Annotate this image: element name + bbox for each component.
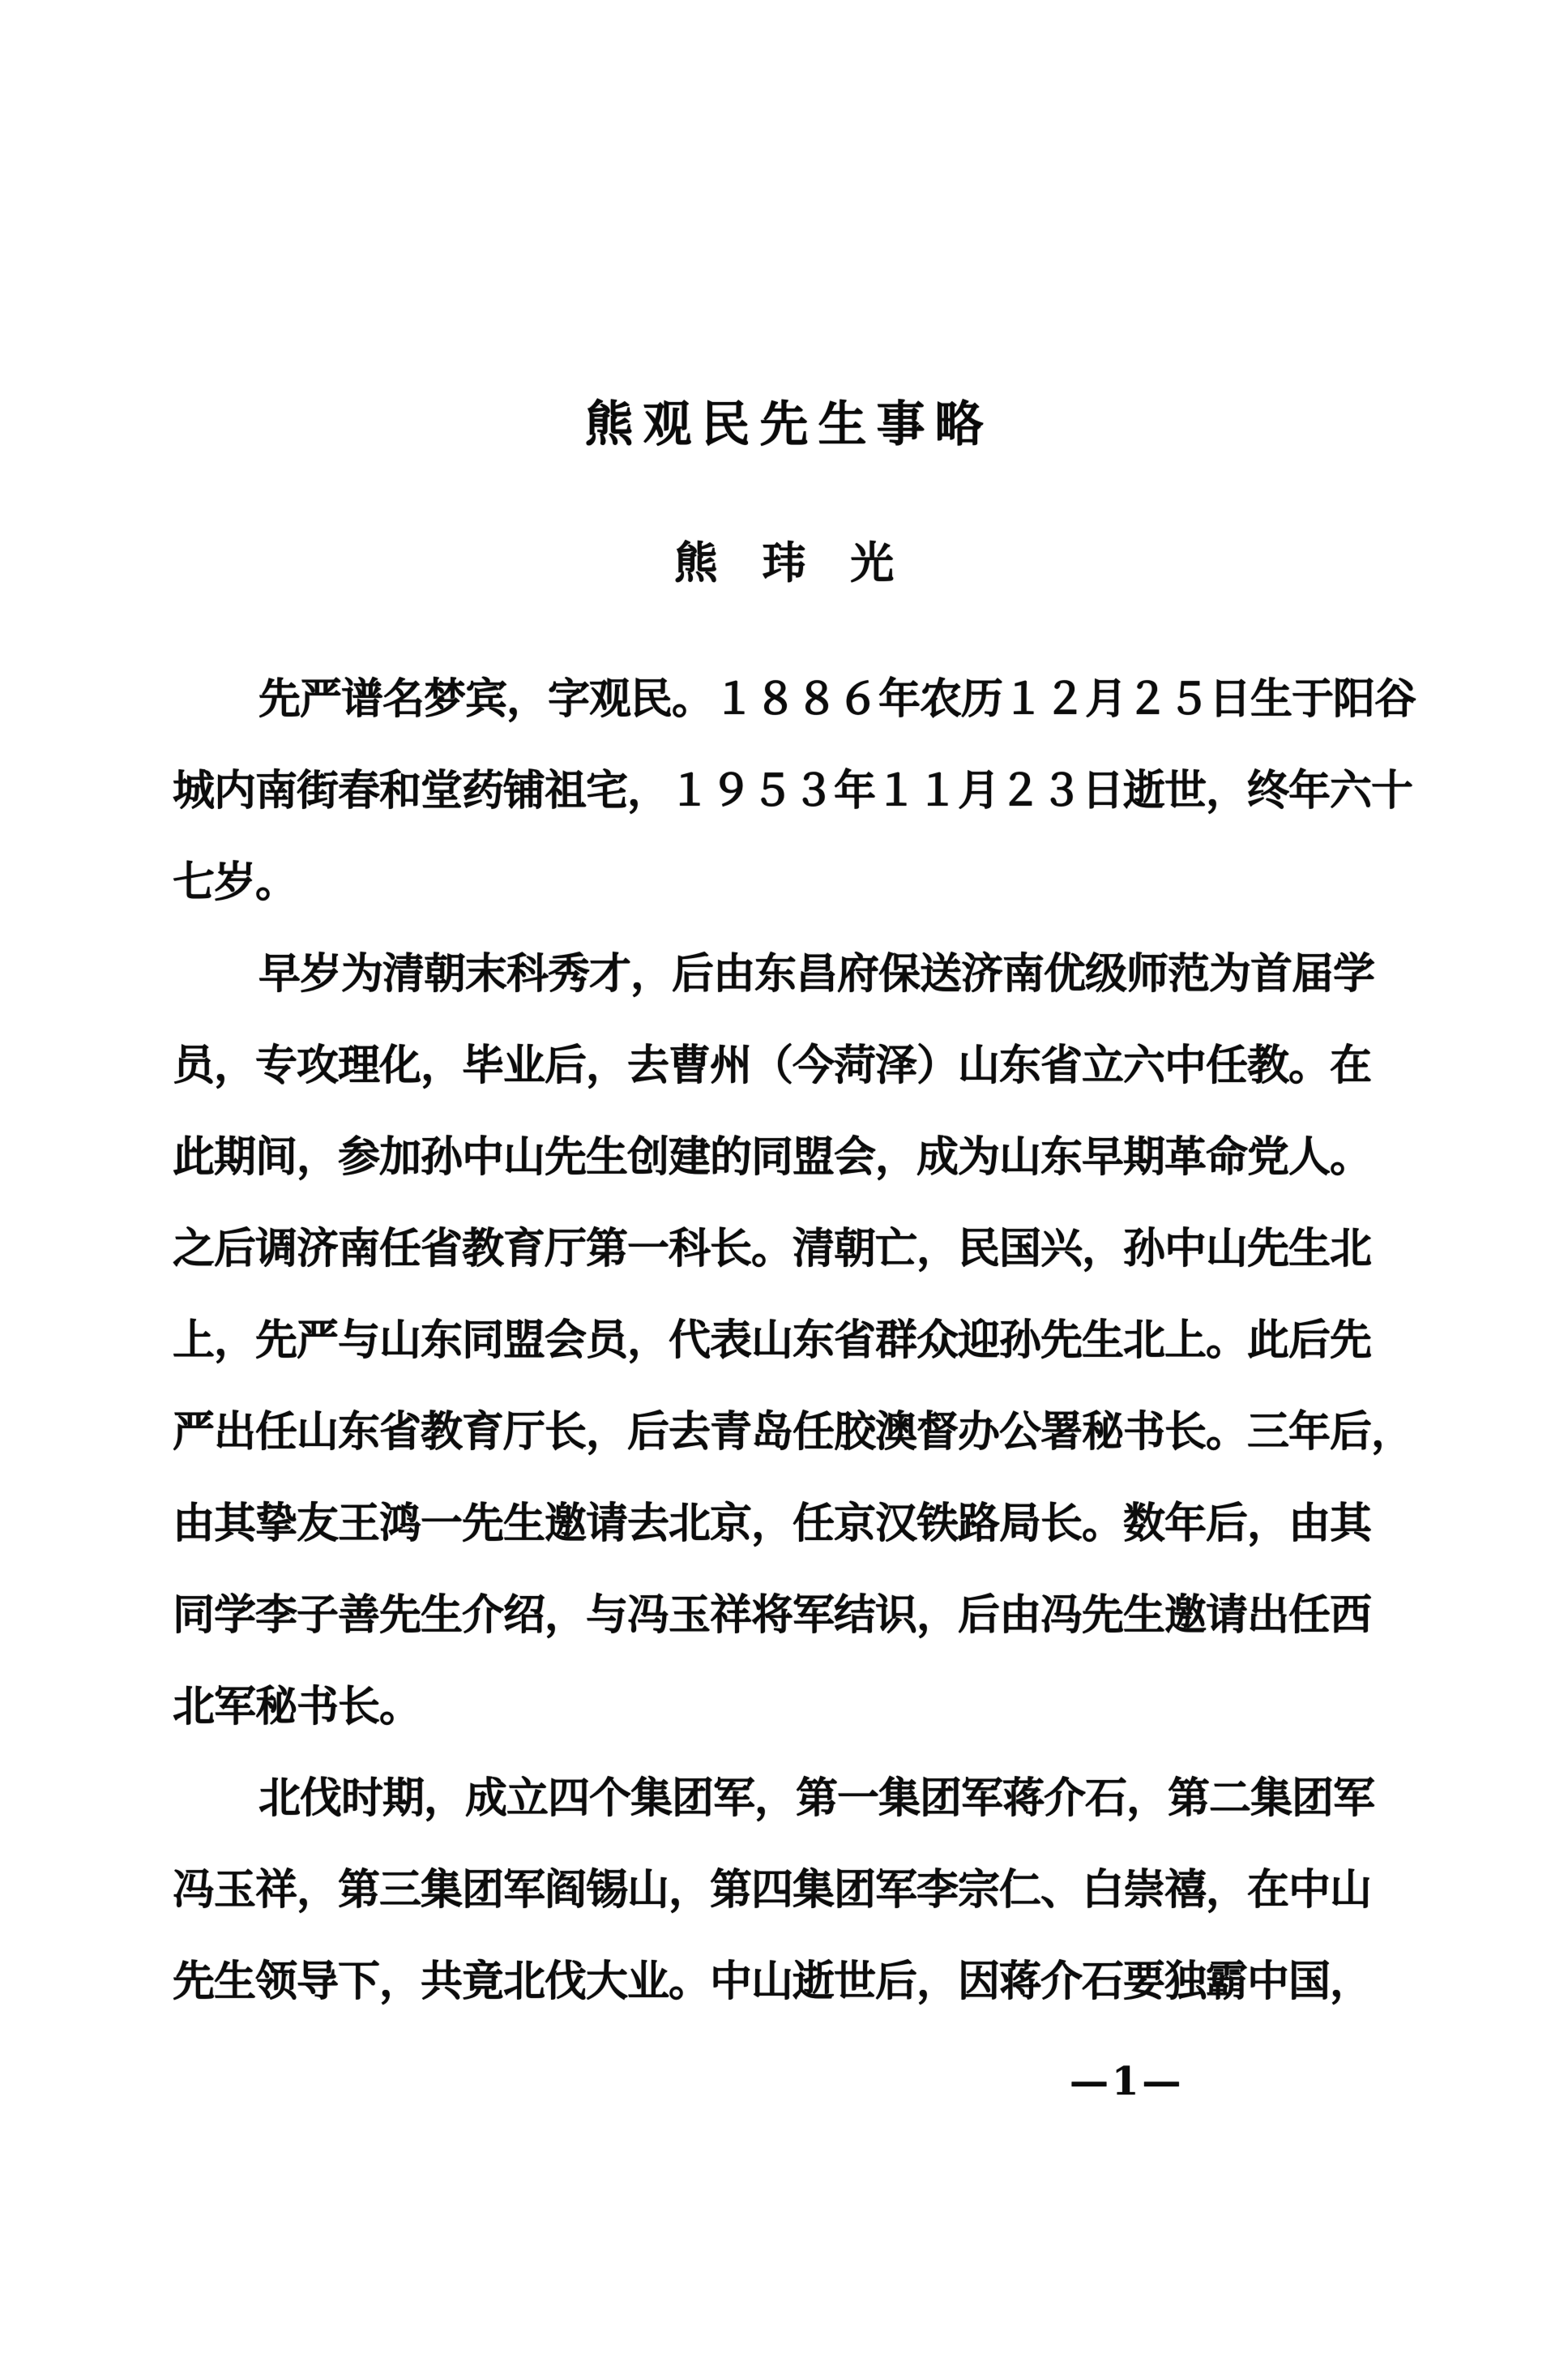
text-line: 冯玉祥，第三集团军阎锡山，第四集团军李宗仁、白崇禧，在中山: [173, 1844, 1404, 1936]
text-line: 同学李子善先生介绍，与冯玉祥将军结识，后由冯先生邀请出任西: [173, 1569, 1404, 1661]
text-line: 早岁为清朝末科秀才，后由东昌府保送济南优级师范为首届学: [173, 928, 1404, 1020]
text-line: 由其挚友王鸿一先生邀请去北京，任京汉铁路局长。数年后，由其: [173, 1478, 1404, 1569]
text-line: 先生领导下，共竟北伐大业。中山逝世后，因蒋介石要独霸中国，: [173, 1936, 1404, 2027]
text-line: 城内南街春和堂药铺祖宅，１９５３年１１月２３日逝世，终年六十: [173, 745, 1404, 837]
text-line: 此期间，参加孙中山先生创建的同盟会，成为山东早期革命党人。: [173, 1111, 1404, 1203]
document-body: 先严谱名梦宾，字观民。１８８６年农历１２月２５日生于阳谷 城内南街春和堂药铺祖宅…: [173, 653, 1404, 2027]
page-number: —1—: [1070, 2059, 1184, 2104]
text-line: 北伐时期，成立四个集团军，第一集团军蒋介石，第二集团军: [173, 1752, 1404, 1844]
text-line: 之后调济南任省教育厅第一科长。清朝亡，民国兴，孙中山先生北: [173, 1203, 1404, 1294]
text-line: 上，先严与山东同盟会员，代表山东省群众迎孙先生北上。此后先: [173, 1294, 1404, 1386]
text-line: 北军秘书长。: [173, 1661, 1404, 1752]
text-line: 严出任山东省教育厅长，后去青岛任胶澳督办公署秘书长。三年后，: [173, 1386, 1404, 1478]
text-line: 先严谱名梦宾，字观民。１８８６年农历１２月２５日生于阳谷: [173, 653, 1404, 745]
document-title: 熊观民先生事略: [0, 386, 1568, 456]
author-name: 熊 玮 光: [0, 528, 1568, 591]
text-line: 七岁。: [173, 837, 1404, 928]
text-line: 员，专攻理化，毕业后，去曹州（今菏泽）山东省立六中任教。在: [173, 1020, 1404, 1111]
scanned-document-page: 熊观民先生事略 熊 玮 光 先严谱名梦宾，字观民。１８８６年农历１２月２５日生于…: [0, 0, 1568, 2362]
